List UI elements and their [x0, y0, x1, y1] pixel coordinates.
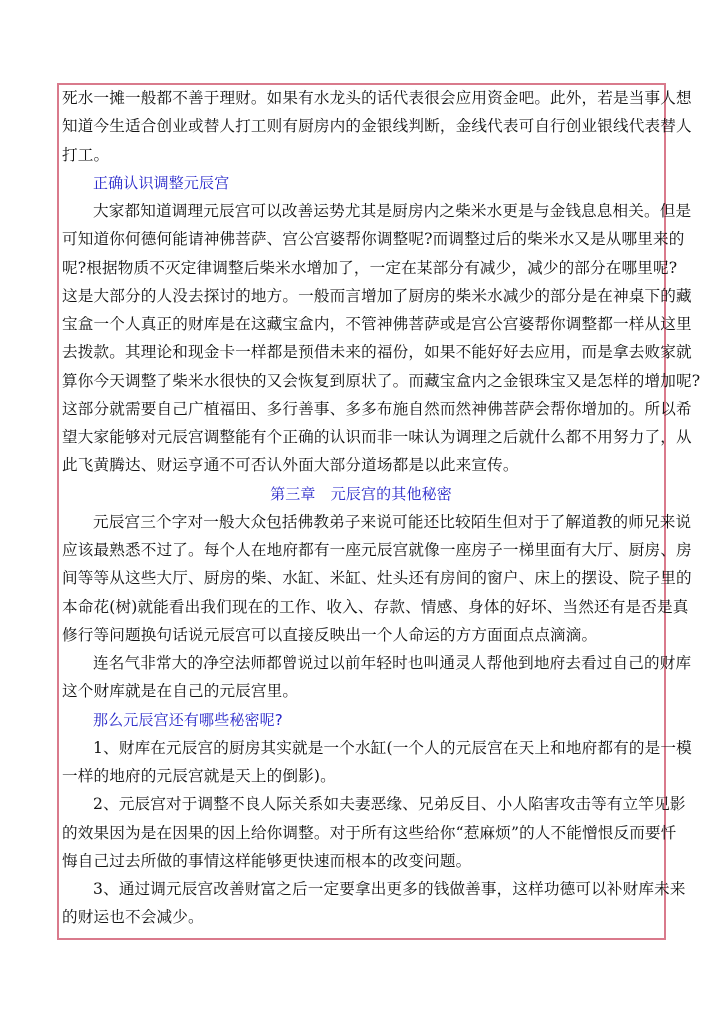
body-text-line: 死水一摊一般都不善于理财。如果有水龙头的话代表很会应用资金吧。此外，若是当事人想: [62, 84, 660, 112]
body-text-line: 的效果因为是在因果的因上给你调整。对于所有这些给你“惹麻烦”的人不能憎恨反而要忏: [62, 819, 660, 847]
body-text-line: 3、通过调元辰宫改善财富之后一定要拿出更多的钱做善事，这样功德可以补财库未来: [62, 875, 660, 903]
body-text-line: 这个财库就是在自己的元辰宫里。: [62, 677, 660, 705]
body-text-line: 望大家能够对元辰宫调整能有个正确的认识而非一味认为调理之后就什么都不用努力了，从: [62, 423, 660, 451]
body-text-line: 这部分就需要自己广植福田、多行善事、多多布施自然而然神佛菩萨会帮你增加的。所以希: [62, 395, 660, 423]
body-text-line: 2、元辰宫对于调整不良人际关系如夫妻恶缘、兄弟反目、小人陷害攻击等有立竿见影: [62, 790, 660, 818]
body-text-line: 元辰宫三个字对一般大众包括佛教弟子来说可能还比较陌生但对于了解道教的师兄来说: [62, 508, 660, 536]
body-text-line: 这是大部分的人没去探讨的地方。一般而言增加了厨房的柴米水减少的部分是在神桌下的藏: [62, 282, 660, 310]
body-text-line: 可知道你何德何能请神佛菩萨、宫公宫婆帮你调整呢?而调整过后的柴米水又是从哪里来的: [62, 225, 660, 253]
body-text-line: 呢?根据物质不灭定律调整后柴米水增加了，一定在某部分有减少，减少的部分在哪里呢?: [62, 254, 660, 282]
body-text-line: 去拨款。其理论和现金卡一样都是预借未来的福份，如果不能好好去应用，而是拿去败家就: [62, 338, 660, 366]
body-text-line: 算你今天调整了柴米水很快的又会恢复到原状了。而藏宝盒内之金银珠宝又是怎样的增加呢…: [62, 367, 660, 395]
body-text-line: 的财运也不会减少。: [62, 903, 660, 931]
body-text-line: 间等等从这些大厅、厨房的柴、水缸、米缸、灶头还有房间的窗户、床上的摆设、院子里的: [62, 564, 660, 592]
section-heading: 正确认识调整元辰宫: [62, 169, 660, 197]
body-text-line: 一样的地府的元辰宫就是天上的倒影)。: [62, 762, 660, 790]
body-text-line: 1、财库在元辰宫的厨房其实就是一个水缸(一个人的元辰宫在天上和地府都有的是一模: [62, 734, 660, 762]
body-text-line: 本命花(树)就能看出我们现在的工作、收入、存款、情感、身体的好坏、当然还有是否是…: [62, 593, 660, 621]
document-body: 死水一摊一般都不善于理财。如果有水龙头的话代表很会应用资金吧。此外，若是当事人想…: [62, 84, 660, 932]
body-text-line: 悔自己过去所做的事情这样能够更快速而根本的改变问题。: [62, 847, 660, 875]
body-text-line: 知道今生适合创业或替人打工则有厨房内的金银线判断，金线代表可自行创业银线代表替人: [62, 112, 660, 140]
body-text-line: 宝盒一个人真正的财库是在这藏宝盒内，不管神佛菩萨或是宫公宫婆帮你调整都一样从这里: [62, 310, 660, 338]
body-text-line: 连名气非常大的净空法师都曾说过以前年轻时也叫通灵人帮他到地府去看过自己的财库: [62, 649, 660, 677]
section-heading: 那么元辰宫还有哪些秘密呢?: [62, 706, 660, 734]
body-text-line: 修行等问题换句话说元辰宫可以直接反映出一个人命运的方方面面点点滴滴。: [62, 621, 660, 649]
body-text-line: 打工。: [62, 141, 660, 169]
body-text-line: 大家都知道调理元辰宫可以改善运势尤其是厨房内之柴米水更是与金钱息息相关。但是: [62, 197, 660, 225]
body-text-line: 此飞黄腾达、财运亨通不可否认外面大部分道场都是以此来宣传。: [62, 451, 660, 479]
body-text-line: 应该最熟悉不过了。每个人在地府都有一座元辰宫就像一座房子一梯里面有大厅、厨房、房: [62, 536, 660, 564]
chapter-title: 第三章 元辰宫的其他秘密: [62, 480, 660, 508]
